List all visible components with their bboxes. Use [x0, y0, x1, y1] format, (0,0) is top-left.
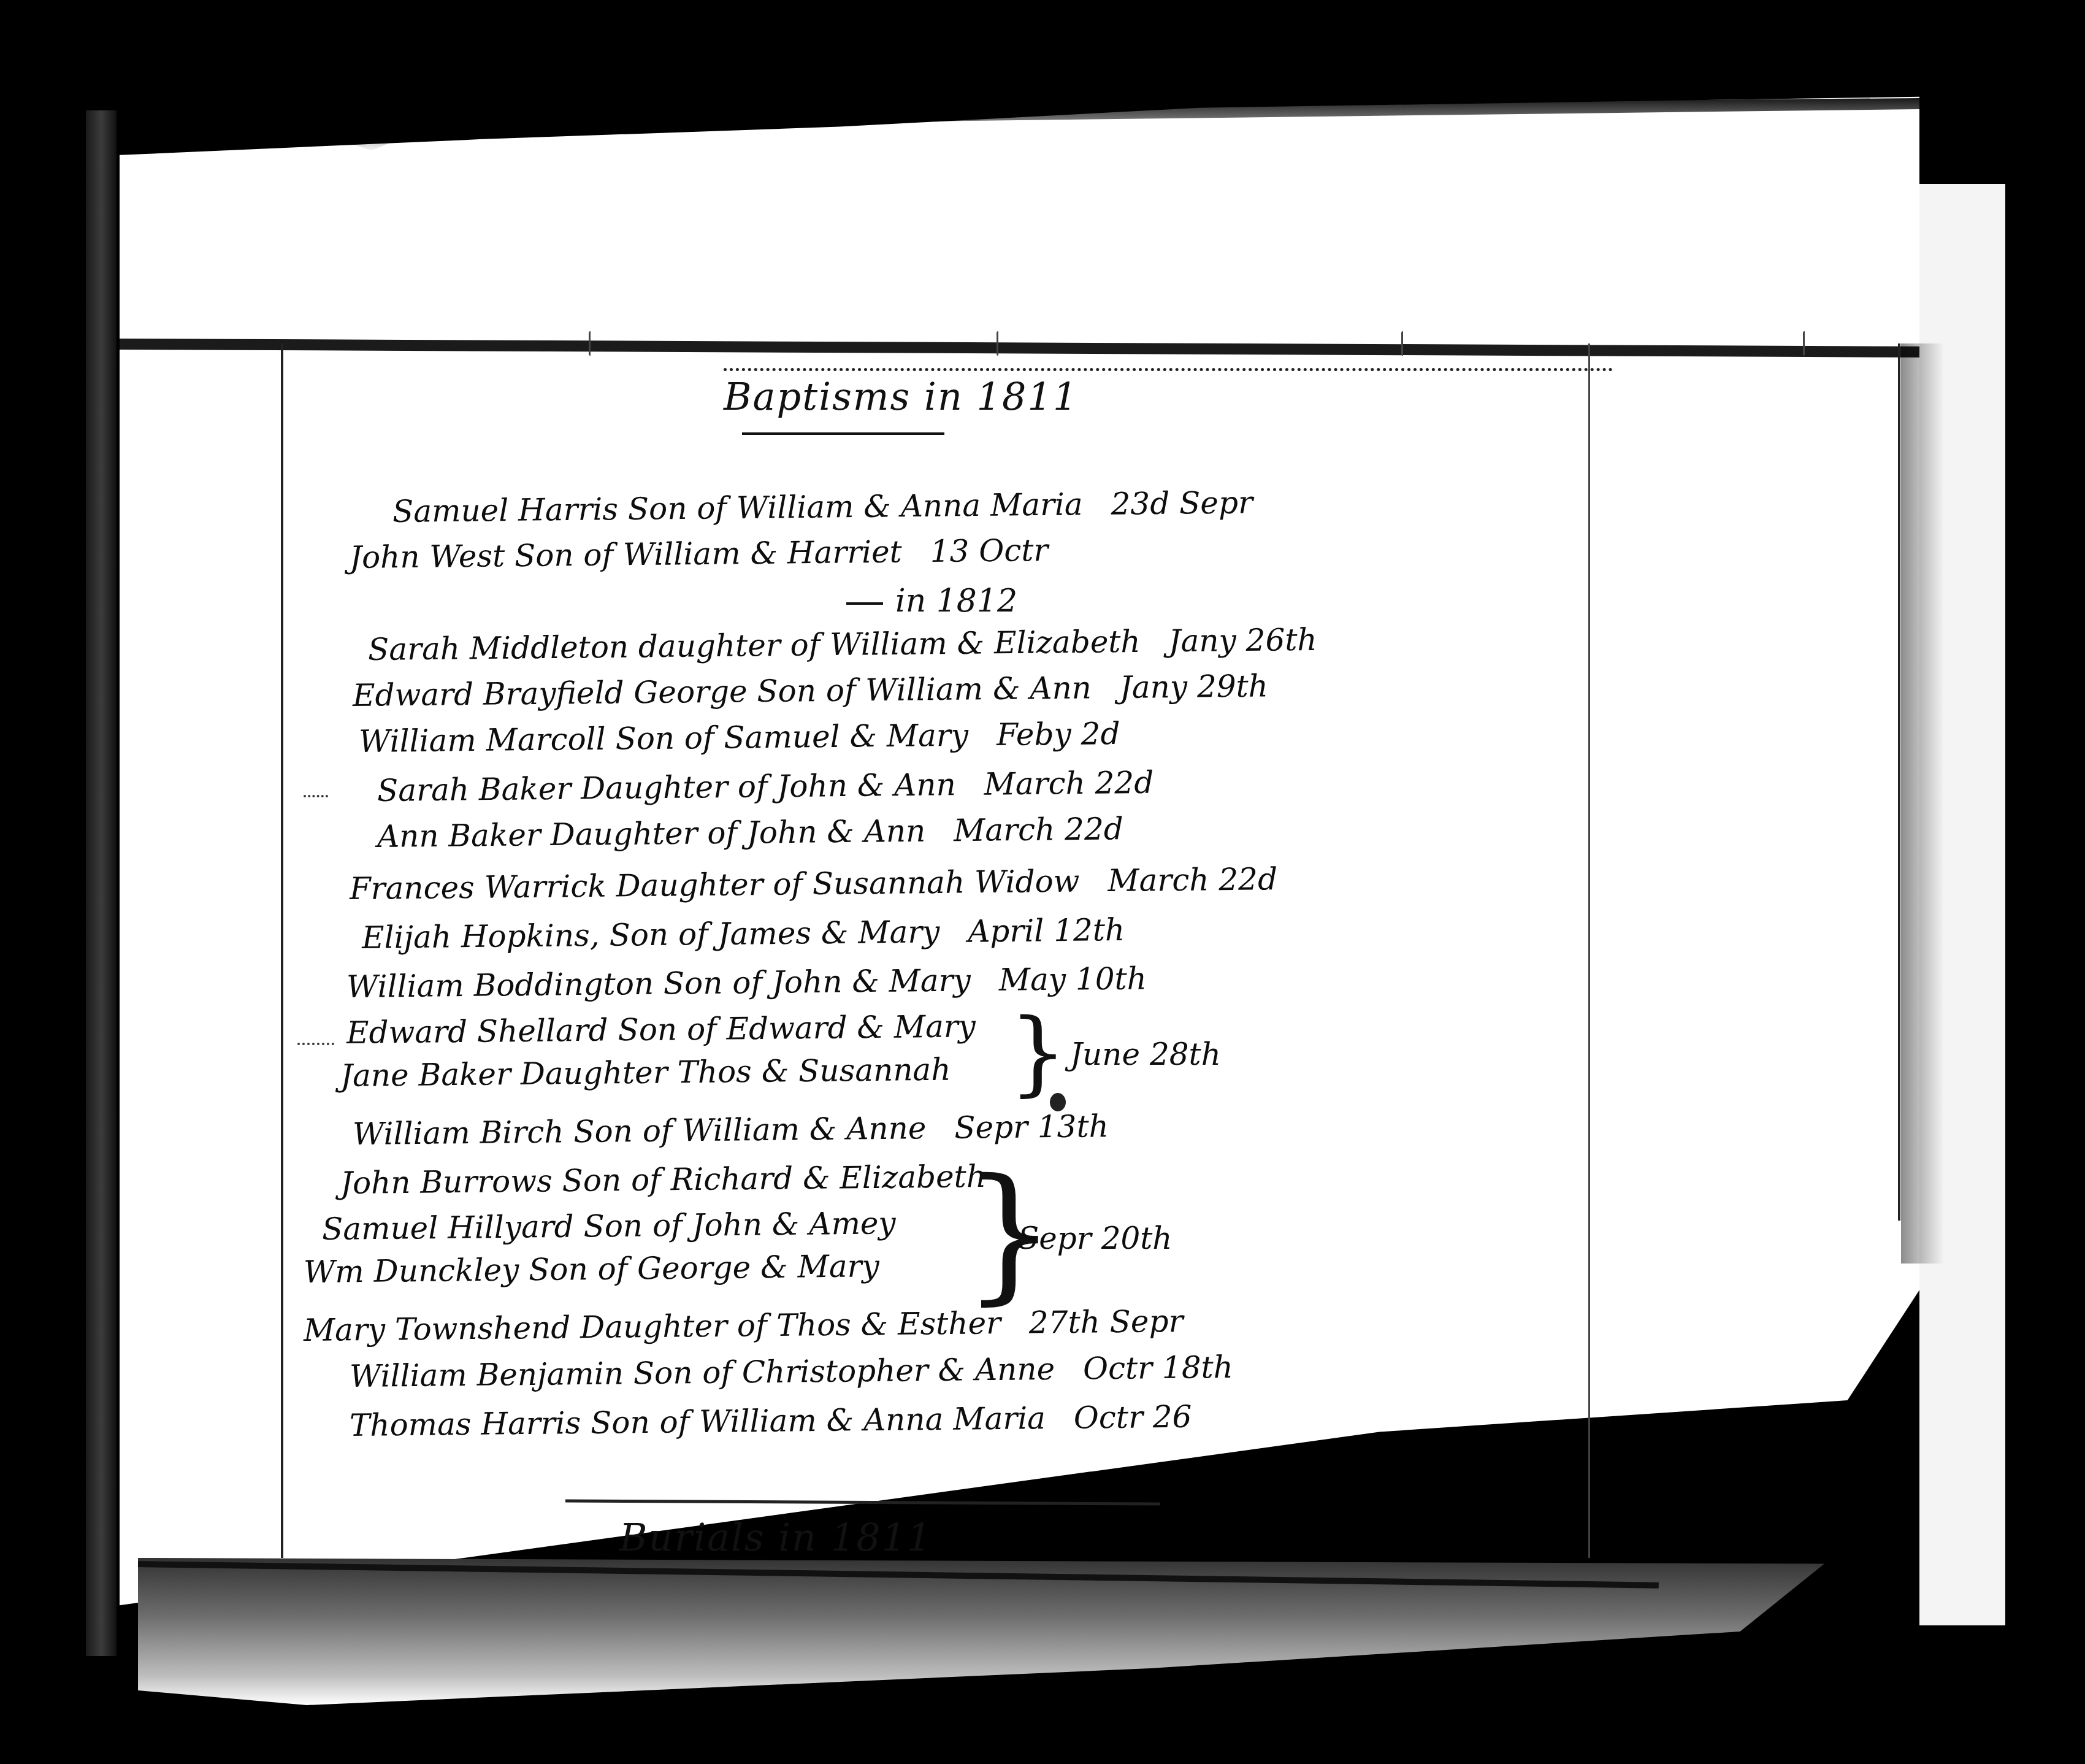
- entry-text: William Birch Son of William & Anne: [353, 1110, 927, 1152]
- entry-text: William Benjamin Son of Christopher & An…: [350, 1351, 1055, 1394]
- register-entry: Wm Dunckley Son of George & Mary: [304, 1248, 879, 1290]
- entry-date: March 22d: [1108, 861, 1277, 899]
- entry-text: Wm Dunckley Son of George & Mary: [304, 1248, 879, 1290]
- entry-date: Jany 29th: [1119, 668, 1268, 705]
- film-edge: [86, 110, 117, 1656]
- entry-date: Feby 2d: [997, 716, 1120, 753]
- heading-burials-1811: Burials in 1811: [619, 1515, 933, 1560]
- entry-text: Ann Baker Daughter of John & Ann: [377, 813, 926, 854]
- entry-text: Edward Shellard Son of Edward & Mary: [346, 1008, 976, 1051]
- grouping-brace: }: [1009, 1000, 1067, 1106]
- register-entry: John Burrows Son of Richard & Elizabeth: [340, 1159, 987, 1201]
- register-entry: Edward Shellard Son of Edward & Mary: [346, 1008, 976, 1051]
- margin-tick: [297, 1043, 334, 1045]
- right-edge-shadow: [1901, 343, 1944, 1264]
- entry-date: Sepr 13th: [954, 1108, 1109, 1146]
- entry-date: April 12th: [968, 912, 1125, 949]
- entry-text: William Boddington Son of John & Mary: [346, 962, 971, 1005]
- page-right-edge: [1898, 343, 1900, 1221]
- binding-stitch: [589, 331, 594, 356]
- entry-text: Elijah Hopkins, Son of James & Mary: [362, 914, 940, 956]
- entry-date: March 22d: [984, 765, 1153, 802]
- entry-text: John Burrows Son of Richard & Elizabeth: [340, 1159, 987, 1201]
- entry-date: Jany 26th: [1168, 622, 1317, 659]
- entry-text: Samuel Hillyard Son of John & Amey: [322, 1205, 896, 1247]
- group-date: Sepr 20th: [1018, 1221, 1173, 1256]
- entry-date: Octr 26: [1074, 1399, 1192, 1436]
- subheading-1812: in 1812: [846, 583, 1017, 619]
- heading-underline: [742, 432, 944, 435]
- right-margin-rule: [1588, 343, 1590, 1558]
- left-margin-rule: [281, 343, 283, 1558]
- register-entry: Samuel Hillyard Son of John & Amey: [322, 1205, 896, 1247]
- entry-date: March 22d: [954, 811, 1123, 848]
- register-entry: Jane Baker Daughter Thos & Susannah: [340, 1052, 951, 1094]
- entry-date: Octr 18th: [1083, 1349, 1233, 1387]
- entry-text: Thomas Harris Son of William & Anna Mari…: [350, 1400, 1046, 1443]
- entry-date: 27th Sepr: [1029, 1303, 1184, 1341]
- entry-date: 23d Sepr: [1111, 485, 1253, 521]
- heading-baptisms-1811: Baptisms in 1811: [724, 374, 1078, 419]
- entry-date: May 10th: [998, 961, 1147, 998]
- entry-text: John West Son of William & Harriet: [350, 534, 902, 575]
- entry-text: Jane Baker Daughter Thos & Susannah: [340, 1052, 951, 1094]
- binding-stitch: [1401, 331, 1407, 356]
- entry-text: Samuel Harris Son of William & Anna Mari…: [392, 486, 1083, 529]
- bottom-shadow: [138, 1558, 1824, 1705]
- group-date: June 28th: [1070, 1037, 1221, 1072]
- dash: [846, 602, 883, 605]
- register-entry: John West Son of William & Harriet 13 Oc…: [350, 532, 1049, 575]
- entry-text: Sarah Baker Daughter of John & Ann: [377, 767, 956, 808]
- entry-date: 13 Octr: [930, 532, 1048, 569]
- binding-stitch: [1803, 331, 1808, 356]
- margin-tick: [304, 795, 328, 797]
- entry-text: William Marcoll Son of Samuel & Mary: [359, 718, 969, 759]
- entry-text: Mary Townshend Daughter of Thos & Esther: [304, 1305, 1001, 1348]
- binding-stitch: [997, 331, 1002, 356]
- top-rule: [724, 368, 1613, 371]
